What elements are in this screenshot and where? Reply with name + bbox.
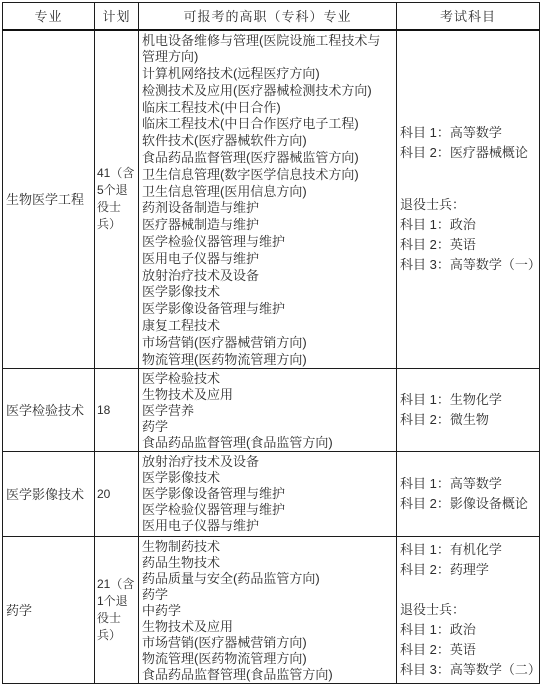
plan-value: 41（含5个退役士兵） [97, 165, 137, 233]
subject-item: 科目 1：有机化学 [400, 540, 536, 560]
program-item: 医学影像设备管理与维护 [142, 486, 393, 502]
veteran-subjects-label: 退役士兵： [400, 600, 536, 620]
subject-gap [400, 163, 536, 195]
program-item: 药品质量与安全(药品监管方向) [142, 571, 393, 587]
veteran-subjects-label: 退役士兵： [400, 195, 536, 215]
admission-table: 专业 计划 可报考的高职（专科）专业 考试科目 生物医学工程41（含5个退役士兵… [2, 2, 540, 684]
program-item: 医学营养 [142, 403, 393, 419]
subject-block: 科目 1：高等数学科目 2：医疗器械概论退役士兵：科目 1：政治科目 2：英语科… [400, 123, 536, 275]
program-item: 生物技术及应用 [142, 619, 393, 635]
major-cell: 医学影像技术 [3, 452, 95, 537]
programs-cell: 医学检验技术生物技术及应用医学营养药学食品药品监督管理(食品监管方向) [139, 369, 397, 452]
subject-item: 科目 1：高等数学 [400, 123, 536, 143]
subject-item: 科目 3：高等数学（一） [400, 255, 536, 275]
major-cell: 医学检验技术 [3, 369, 95, 452]
program-item: 医用电子仪器与维护 [142, 251, 393, 268]
program-item: 物流管理(医药物流管理方向) [142, 352, 393, 369]
subject-item: 科目 1：高等数学 [400, 474, 536, 494]
program-item: 生物技术及应用 [142, 387, 393, 403]
programs-cell: 放射治疗技术及设备医学影像技术医学影像设备管理与维护医学检验仪器管理与维护医用电… [139, 452, 397, 537]
programs-cell: 机电设备维修与管理(医院设施工程技术与管理方向)计算机网络技术(远程医疗方向)检… [139, 30, 397, 369]
program-item: 食品药品监督管理(食品监管方向) [142, 667, 393, 683]
header-major: 专业 [3, 3, 95, 30]
subject-gap [400, 580, 536, 600]
program-item: 临床工程技术(中日合作医疗电子工程) [142, 116, 393, 133]
subjects-cell: 科目 1：高等数学科目 2：影像设备概论 [397, 452, 540, 537]
table-row: 药学21（含1个退役士兵）生物制药技术药品生物技术药品质量与安全(药品监管方向)… [3, 537, 540, 684]
subject-block: 科目 1：高等数学科目 2：影像设备概论 [400, 474, 536, 514]
subject-item: 科目 1：生物化学 [400, 390, 536, 410]
program-item: 市场营销(医疗器械营销方向) [142, 635, 393, 651]
subject-item: 科目 2：微生物 [400, 410, 536, 430]
major-cell: 生物医学工程 [3, 30, 95, 369]
major-label: 医学检验技术 [6, 402, 91, 419]
plan-cell: 20 [95, 452, 139, 537]
program-item: 康复工程技术 [142, 318, 393, 335]
program-item: 卫生信息管理(数字医学信息技术方向) [142, 167, 393, 184]
program-item: 软件技术(医疗器械软件方向) [142, 133, 393, 150]
plan-cell: 41（含5个退役士兵） [95, 30, 139, 369]
subject-item: 科目 3：高等数学（二） [400, 660, 536, 680]
program-item: 药品生物技术 [142, 555, 393, 571]
plan-value: 18 [97, 402, 137, 419]
program-item: 药学 [142, 419, 393, 435]
plan-cell: 21（含1个退役士兵） [95, 537, 139, 684]
program-item: 医学影像设备管理与维护 [142, 301, 393, 318]
program-item: 药学 [142, 587, 393, 603]
subject-item: 科目 2：英语 [400, 640, 536, 660]
major-label: 医学影像技术 [6, 486, 91, 503]
subject-item: 科目 2：医疗器械概论 [400, 143, 536, 163]
header-programs: 可报考的高职（专科）专业 [139, 3, 397, 30]
subject-block: 科目 1：有机化学科目 2：药理学退役士兵：科目 1：政治科目 2：英语科目 3… [400, 540, 536, 680]
major-cell: 药学 [3, 537, 95, 684]
plan-value: 21（含1个退役士兵） [97, 576, 137, 644]
header-plan: 计划 [95, 3, 139, 30]
plan-cell: 18 [95, 369, 139, 452]
subjects-cell: 科目 1：高等数学科目 2：医疗器械概论退役士兵：科目 1：政治科目 2：英语科… [397, 30, 540, 369]
program-item: 药剂设备制造与维护 [142, 200, 393, 217]
program-item: 市场营销(医疗器械营销方向) [142, 335, 393, 352]
program-item: 医学检验技术 [142, 371, 393, 387]
major-label: 药学 [6, 602, 91, 619]
plan-value: 20 [97, 486, 137, 503]
table-row: 医学检验技术18医学检验技术生物技术及应用医学营养药学食品药品监督管理(食品监管… [3, 369, 540, 452]
program-item: 放射治疗技术及设备 [142, 268, 393, 285]
subject-item: 科目 1：政治 [400, 620, 536, 640]
program-item: 食品药品监督管理(食品监管方向) [142, 435, 393, 451]
subject-item: 科目 1：政治 [400, 215, 536, 235]
subjects-cell: 科目 1：生物化学科目 2：微生物 [397, 369, 540, 452]
program-item: 放射治疗技术及设备 [142, 454, 393, 470]
program-item: 医学影像技术 [142, 470, 393, 486]
program-item: 机电设备维修与管理(医院设施工程技术与管理方向) [142, 33, 393, 67]
header-subjects: 考试科目 [397, 3, 540, 30]
program-item: 医学检验仪器管理与维护 [142, 502, 393, 518]
program-item: 医疗器械制造与维护 [142, 217, 393, 234]
subject-block: 科目 1：生物化学科目 2：微生物 [400, 390, 536, 430]
programs-cell: 生物制药技术药品生物技术药品质量与安全(药品监管方向)药学中药学生物技术及应用市… [139, 537, 397, 684]
program-item: 检测技术及应用(医疗器械检测技术方向) [142, 83, 393, 100]
document-page: 专业 计划 可报考的高职（专科）专业 考试科目 生物医学工程41（含5个退役士兵… [0, 0, 542, 686]
subject-item: 科目 2：英语 [400, 235, 536, 255]
program-item: 食品药品监督管理(医疗器械监管方向) [142, 150, 393, 167]
program-item: 医学影像技术 [142, 284, 393, 301]
program-item: 计算机网络技术(远程医疗方向) [142, 66, 393, 83]
header-row: 专业 计划 可报考的高职（专科）专业 考试科目 [3, 3, 540, 30]
program-item: 临床工程技术(中日合作) [142, 100, 393, 117]
table-row: 医学影像技术20放射治疗技术及设备医学影像技术医学影像设备管理与维护医学检验仪器… [3, 452, 540, 537]
program-item: 生物制药技术 [142, 539, 393, 555]
subject-item: 科目 2：药理学 [400, 560, 536, 580]
program-item: 医学检验仪器管理与维护 [142, 234, 393, 251]
major-label: 生物医学工程 [6, 191, 91, 208]
subjects-cell: 科目 1：有机化学科目 2：药理学退役士兵：科目 1：政治科目 2：英语科目 3… [397, 537, 540, 684]
subject-item: 科目 2：影像设备概论 [400, 494, 536, 514]
table-row: 生物医学工程41（含5个退役士兵）机电设备维修与管理(医院设施工程技术与管理方向… [3, 30, 540, 369]
program-item: 物流管理(医药物流管理方向) [142, 651, 393, 667]
program-item: 中药学 [142, 603, 393, 619]
program-item: 医用电子仪器与维护 [142, 518, 393, 534]
program-item: 卫生信息管理(医用信息方向) [142, 184, 393, 201]
